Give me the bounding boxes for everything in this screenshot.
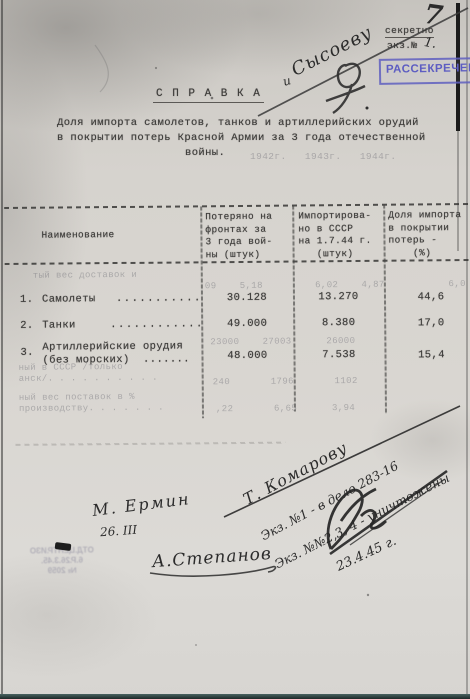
reverse-stamp-line3: № 2059 bbox=[6, 565, 118, 577]
ghost-header-numbers: 09 5,18 6,02 4,87 6,0 bbox=[205, 279, 466, 291]
column-header-lost: Потеряно на фронтах за 3 года вой- ны (ш… bbox=[205, 211, 273, 262]
signature-left: М. Ермин bbox=[91, 489, 191, 520]
table-block: Наименование Потеряно на фронтах за 3 го… bbox=[0, 0, 470, 472]
table-top-border bbox=[4, 203, 469, 209]
ghost-dashed-line bbox=[15, 442, 285, 446]
table-vline-3 bbox=[383, 205, 387, 414]
row1-name: Самолеты bbox=[42, 293, 96, 305]
ghost-weight-line: ный вес поставок в % производству. . . .… bbox=[19, 392, 164, 415]
row2-name: Танки bbox=[42, 319, 76, 331]
ghost-ussr-line: ный в СССР /только анск/. . . . . . . . … bbox=[19, 362, 158, 385]
scan-speck-3 bbox=[367, 594, 369, 596]
column-header-imported: Импортирова- но в СССР на 1.7.44 г. (шту… bbox=[298, 210, 372, 261]
ghost-row5-numbers: ,22 6,65 3,94 bbox=[216, 403, 355, 414]
row3-imported: 7.538 bbox=[295, 349, 382, 362]
scan-bottom-strip bbox=[0, 694, 470, 699]
row3-num: 3. bbox=[20, 347, 34, 359]
scan-speck-4 bbox=[195, 644, 197, 646]
row1-dots: ........... bbox=[116, 292, 202, 305]
row3-lost: 48.000 bbox=[203, 350, 291, 363]
scanned-document-page: 7 секретно экз.№ 1. РАССЕКРЕЧЕНО Сысоеву… bbox=[0, 0, 470, 699]
signature-left-date: 26. III bbox=[100, 523, 138, 540]
row1-share: 44,6 bbox=[392, 291, 470, 304]
column-header-share: Доля импорта в покрытии потерь - (%) bbox=[388, 209, 462, 260]
row1-lost: 30.128 bbox=[203, 292, 291, 305]
row1-imported: 13.270 bbox=[295, 291, 382, 304]
table-vline-1 bbox=[200, 206, 204, 418]
ghost-row3-numbers: 23000 27003 26000 bbox=[210, 336, 355, 347]
ghost-row4-numbers: 240 1796 1102 bbox=[213, 376, 358, 387]
row2-dots: ............ bbox=[110, 318, 204, 331]
ghost-pre-row-text: тый вес доставок и bbox=[33, 270, 138, 281]
note-date: 23.4.45 г. bbox=[334, 534, 399, 575]
row2-num: 2. bbox=[20, 320, 34, 332]
row2-imported: 8.380 bbox=[295, 317, 382, 330]
signature-center: А.Степанов bbox=[151, 544, 272, 572]
row3-share: 15,4 bbox=[392, 349, 470, 362]
column-header-name: Наименование bbox=[41, 229, 114, 241]
row2-share: 17,0 bbox=[392, 317, 470, 330]
row2-lost: 49.000 bbox=[203, 318, 291, 331]
row1-num: 1. bbox=[20, 294, 34, 306]
